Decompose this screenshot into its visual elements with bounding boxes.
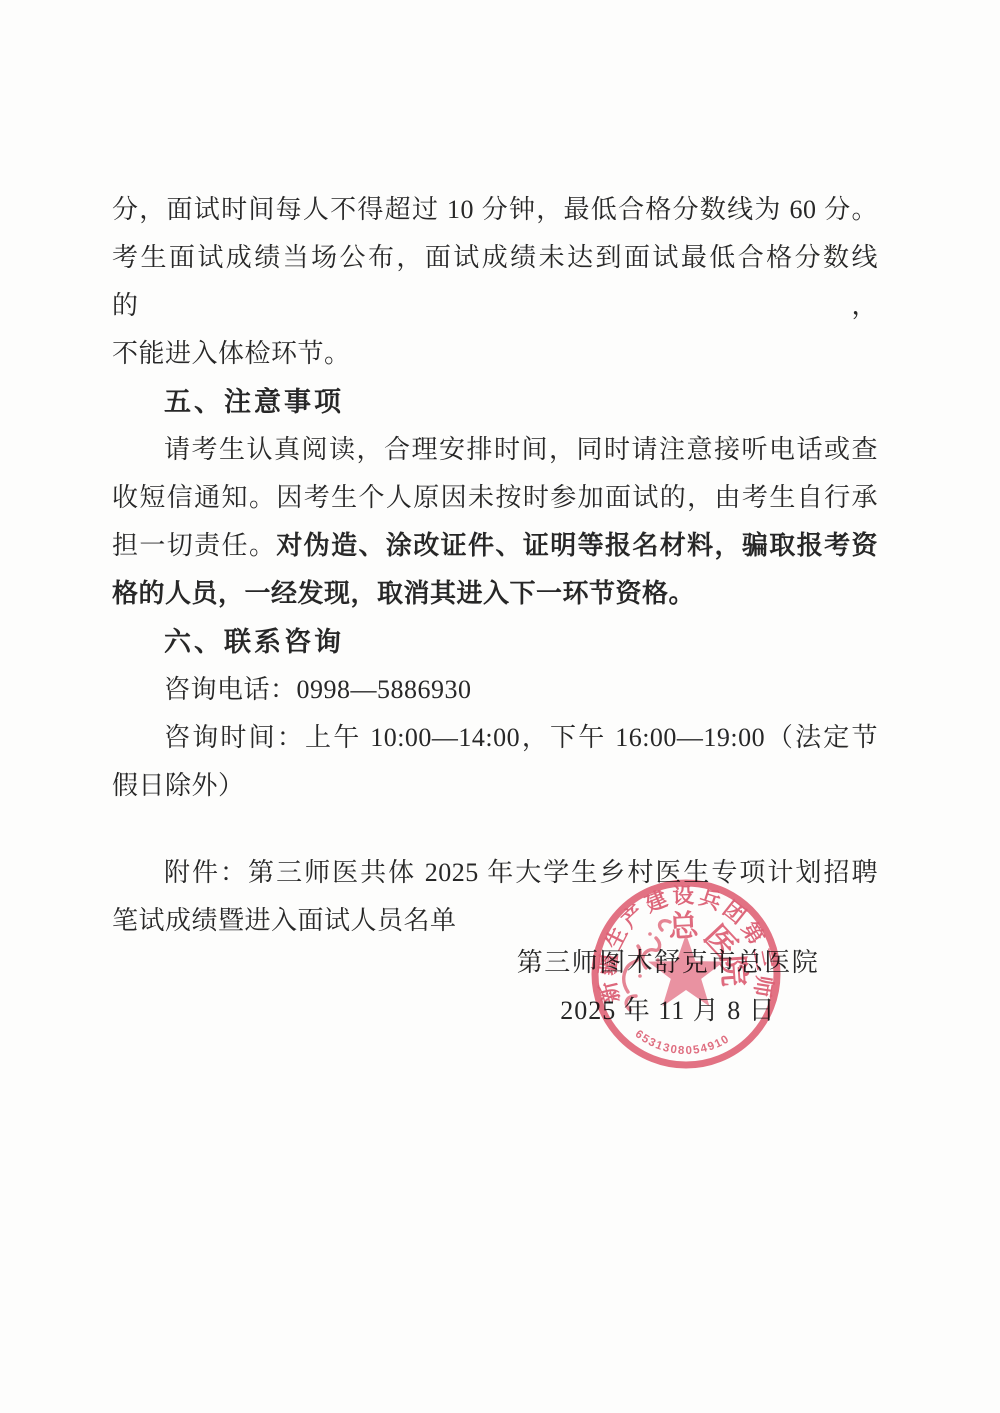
text-line: 笔试成绩暨进入面试人员名单 [112,897,878,945]
scanned-notice-page: 分，面试时间每人不得超过 10 分钟，最低合格分数线为 60 分。考生面试成绩当… [0,0,1000,1413]
text-segment: 担一切责任。 [112,531,276,560]
text-segment: 格的人员，一经发现，取消其进入下一环节资格。 [112,579,695,608]
text-line: 分，面试时间每人不得超过 10 分钟，最低合格分数线为 60 分。 [112,186,878,234]
text-segment: 咨询电话：0998—5886930 [164,675,472,704]
text-line: 请考生认真阅读，合理安排时间，同时请注意接听电话或查 [112,426,878,474]
text-segment: 考生面试成绩当场公布，面试成绩未达到面试最低合格分数线的， [112,243,878,320]
text-segment: 请考生认真阅读，合理安排时间，同时请注意接听电话或查 [164,435,878,464]
signature-block: 第三师图木舒克市总医院 2025 年 11 月 8 日 [428,939,908,1035]
text-segment: 对伪造、涂改证件、证明等报名材料，骗取报考资 [276,531,878,560]
text-segment: 笔试成绩暨进入面试人员名单 [112,906,457,935]
issuing-organization: 第三师图木舒克市总医院 [428,939,908,987]
text-line: 不能进入体检环节。 [112,330,878,378]
text-segment: 附件：第三师医共体 2025 年大学生乡村医生专项计划招聘 [164,858,878,887]
text-segment: 六、联系咨询 [164,627,344,657]
issue-date: 2025 年 11 月 8 日 [428,987,908,1035]
text-line: 担一切责任。对伪造、涂改证件、证明等报名材料，骗取报考资 [112,522,878,570]
section-heading: 五、注意事项 [112,378,878,426]
document-body: 分，面试时间每人不得超过 10 分钟，最低合格分数线为 60 分。考生面试成绩当… [112,186,878,945]
text-segment: 假日除外） [112,771,245,800]
text-line: 咨询时间：上午 10:00—14:00，下午 16:00—19:00（法定节 [112,714,878,762]
text-line: 假日除外） [112,762,878,810]
text-segment: 咨询时间：上午 10:00—14:00，下午 16:00—19:00（法定节 [164,723,878,752]
text-segment: 五、注意事项 [164,387,344,417]
section-heading: 六、联系咨询 [112,618,878,666]
text-line: 格的人员，一经发现，取消其进入下一环节资格。 [112,570,878,618]
text-segment: 分，面试时间每人不得超过 10 分钟，最低合格分数线为 60 分。 [112,195,878,224]
text-segment: 收短信通知。因考生个人原因未按时参加面试的，由考生自行承 [112,483,878,512]
text-segment: 不能进入体检环节。 [112,339,351,368]
text-line: 附件：第三师医共体 2025 年大学生乡村医生专项计划招聘 [112,849,878,897]
text-line: 考生面试成绩当场公布，面试成绩未达到面试最低合格分数线的， [112,234,878,330]
text-line: 收短信通知。因考生个人原因未按时参加面试的，由考生自行承 [112,474,878,522]
text-line: 咨询电话：0998—5886930 [112,666,878,714]
